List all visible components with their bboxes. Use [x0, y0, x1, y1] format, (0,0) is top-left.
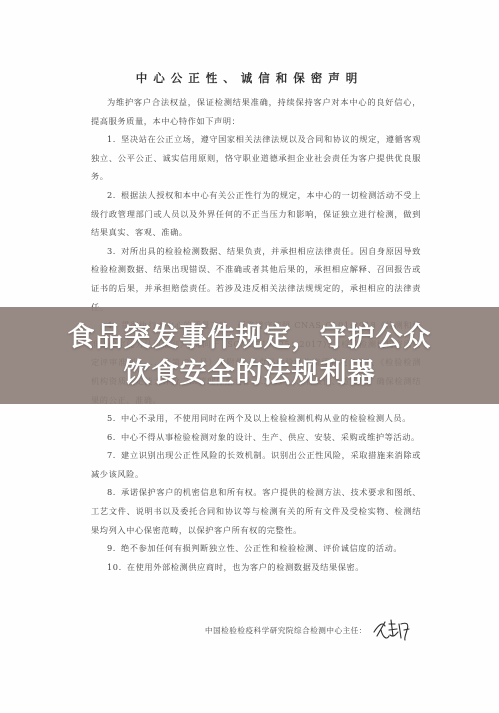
clause-text: 在使用外部检测供应商时，也为客户的检测数据及结果保密。 — [127, 562, 364, 572]
clause-text: 根据法人授权和本中心有关公正性行为的规定，本中心的一切检测活动不受上级行政管理部… — [91, 190, 421, 237]
clause-text: 绝不参加任何有损判断独立性、公正性和检验检测、评价诚信度的活动。 — [121, 543, 402, 553]
clause-1: 1.坚决站在公正立场，遵守国家相关法律法规以及合同和协议的规定，遵循客观独立、公… — [91, 130, 421, 186]
clause-3: 3.对所出具的检验检测数据、结果负责，并承担相应法律责任。因自身原因导致检验检测… — [91, 242, 421, 316]
handwritten-signature-icon — [371, 616, 415, 644]
clause-10: 10.在使用外部检测供应商时，也为客户的检测数据及结果保密。 — [91, 558, 421, 577]
clause-2: 2.根据法人授权和本中心有关公正性行为的规定，本中心的一切检测活动不受上级行政管… — [91, 186, 421, 242]
clause-9: 9.绝不参加任何有损判断独立性、公正性和检验检测、评价诚信度的活动。 — [91, 539, 421, 558]
headline-line-2: 饮食安全的法规利器 — [124, 356, 376, 392]
clause-text: 建立识别出现公正性风险的长效机制。识别出公正性风险，采取措施来消除或减少该风险。 — [91, 450, 421, 479]
clause-number: 9. — [107, 543, 116, 553]
clause-number: 7. — [107, 450, 116, 460]
clause-7: 7.建立识别出现公正性风险的长效机制。识别出公正性风险，采取措施来消除或减少该风… — [91, 446, 421, 483]
signature-label: 中国检验检疫科学研究院综合检测中心主任： — [205, 625, 367, 636]
clause-number: 3. — [107, 246, 116, 256]
clause-text: 中心不录用，不使用同时在两个及以上检验检测机构从业的检验检测人员。 — [121, 413, 411, 423]
clause-number: 8. — [107, 487, 116, 497]
document-title: 中心公正性、诚信和保密声明 — [0, 70, 499, 86]
clause-text: 中心不得从事检验检测对象的设计、生产、供应、安装、采购或维护等活动。 — [121, 432, 420, 442]
clause-5: 5.中心不录用，不使用同时在两个及以上检验检测机构从业的检验检测人员。 — [91, 409, 421, 428]
clause-8: 8.承诺保护客户的机密信息和所有权。客户提供的检测方法、技术要求和图纸、工艺文件… — [91, 483, 421, 539]
clause-number: 10. — [107, 562, 122, 572]
headline-line-1: 食品突发事件规定，守护公众 — [68, 320, 432, 356]
clause-text: 坚决站在公正立场，遵守国家相关法律法规以及合同和协议的规定，遵循客观独立、公平公… — [91, 134, 421, 181]
clause-number: 2. — [107, 190, 116, 200]
clause-text: 对所出具的检验检测数据、结果负责，并承担相应法律责任。因自身原因导致检验检测数据… — [91, 246, 421, 312]
headline-banner: 食品突发事件规定，守护公众 饮食安全的法规利器 — [0, 307, 499, 404]
signature-block: 中国检验检疫科学研究院综合检测中心主任： — [205, 616, 415, 644]
intro-paragraph: 为维护客户合法权益，保证检测结果准确，持续保持客户对本中心的良好信心，提高服务质… — [91, 93, 421, 130]
clause-number: 6. — [107, 432, 116, 442]
clause-text: 承诺保护客户的机密信息和所有权。客户提供的检测方法、技术要求和图纸、工艺文件、说… — [91, 487, 421, 534]
clause-number: 1. — [107, 134, 116, 144]
clause-number: 5. — [107, 413, 116, 423]
clause-6: 6.中心不得从事检验检测对象的设计、生产、供应、安装、采购或维护等活动。 — [91, 428, 421, 447]
